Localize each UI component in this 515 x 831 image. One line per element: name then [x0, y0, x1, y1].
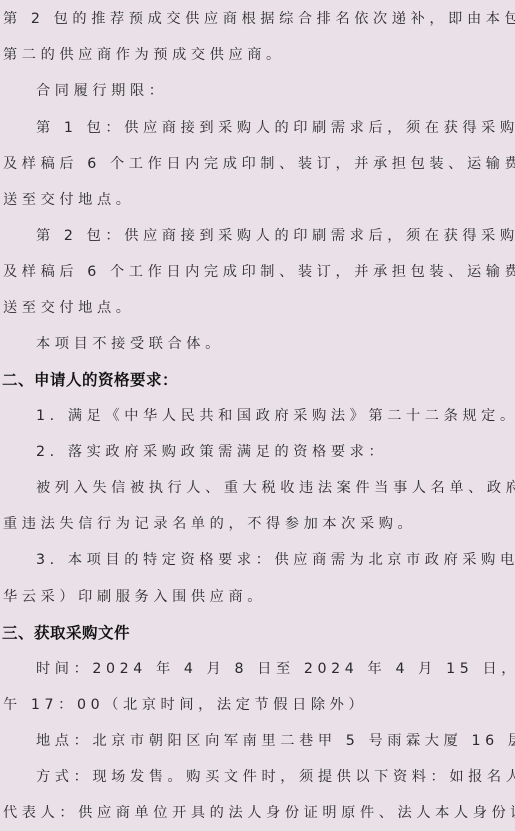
paragraph-line: 代表人：供应商单位开具的法人身份证明原件、法人本人身份证原件及	[3, 803, 515, 823]
paragraph-line: 合同履行期限：	[36, 81, 168, 101]
paragraph-line: 时间：2024 年 4 月 8 日至 2024 年 4 月 15 日，每天上午 …	[36, 659, 515, 679]
paragraph-line: 3. 本项目的特定资格要求：供应商需为北京市政府采购电子卖场（京	[36, 550, 515, 570]
paragraph-line: 1. 满足《中华人民共和国政府采购法》第二十二条规定。	[36, 406, 515, 426]
paragraph-line: 及样稿后 6 个工作日内完成印制、装订，并承担包装、运输费用负责运	[3, 154, 515, 174]
section-heading: 二、申请人的资格要求：	[2, 370, 178, 390]
paragraph-line: 第 2 包：供应商接到采购人的印刷需求后，须在获得采购人的文件	[36, 226, 515, 246]
paragraph-line: 第二的供应商作为预成交供应商。	[3, 45, 285, 65]
document-page: 第 2 包的推荐预成交供应商根据综合排名依次递补，即由本包综合排序 第二的供应商…	[0, 0, 515, 831]
paragraph-line: 及样稿后 6 个工作日内完成印制、装订，并承担包装、运输费用负责运	[3, 262, 515, 282]
paragraph-line: 本项目不接受联合体。	[36, 334, 224, 354]
paragraph-line: 被列入失信被执行人、重大税收违法案件当事人名单、政府采购严	[36, 478, 515, 498]
paragraph-line: 午 17：00（北京时间，法定节假日除外）	[3, 695, 367, 715]
paragraph-line: 第 2 包的推荐预成交供应商根据综合排名依次递补，即由本包综合排序	[3, 9, 515, 29]
paragraph-line: 2. 落实政府采购政策需满足的资格要求：	[36, 442, 387, 462]
paragraph-line: 地点：北京市朝阳区向军南里二巷甲 5 号雨霖大厦 16 层	[36, 731, 515, 751]
paragraph-line: 送至交付地点。	[3, 190, 135, 210]
paragraph-line: 第 1 包：供应商接到采购人的印刷需求后，须在获得采购人的文件	[36, 118, 515, 138]
paragraph-line: 重违法失信行为记录名单的，不得参加本次采购。	[3, 514, 416, 534]
section-heading: 三、获取采购文件	[2, 623, 130, 643]
paragraph-line: 送至交付地点。	[3, 298, 135, 318]
paragraph-line: 方式：现场发售。购买文件时，须提供以下资料：如报名人为法定	[36, 767, 515, 787]
paragraph-line: 华云采）印刷服务入围供应商。	[3, 587, 266, 607]
